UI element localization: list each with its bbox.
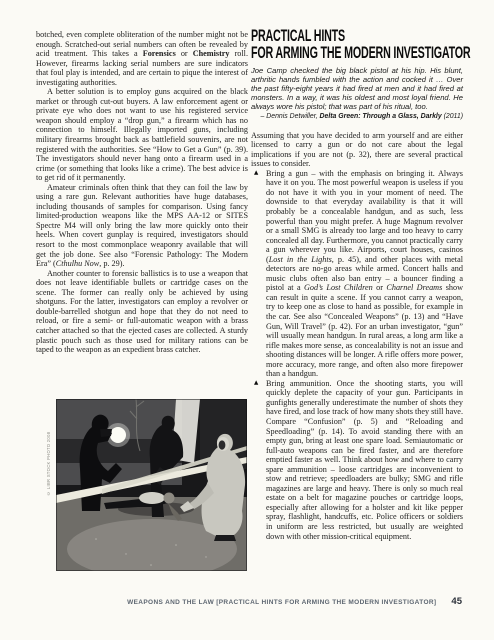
bullet-item: ▲Bring ammunition. Once the shooting sta… xyxy=(251,379,463,541)
text-segment: , p. 29). xyxy=(99,259,124,268)
text-segment: Bring ammunition. Once the shooting star… xyxy=(266,379,463,541)
attribution-work-title: Delta Green: Through a Glass, Darkly xyxy=(320,113,442,120)
body-paragraph: botched, even complete obliteration of t… xyxy=(36,30,248,87)
triangle-bullet-icon: ▲ xyxy=(251,379,266,541)
text-segment: Bring a gun – with the emphasis on bring… xyxy=(266,169,463,264)
crime-scene-photo xyxy=(56,399,247,571)
footer-breadcrumb: WEAPONS AND THE LAW [PRACTICAL HINTS FOR… xyxy=(127,599,436,606)
page-footer: WEAPONS AND THE LAW [PRACTICAL HINTS FOR… xyxy=(36,596,462,607)
book-page: botched, even complete obliteration of t… xyxy=(0,0,494,640)
text-segment: or xyxy=(373,283,387,292)
crime-scene-photo-illustration xyxy=(56,399,247,571)
footer-section-label: WEAPONS AND THE LAW xyxy=(127,599,214,606)
text-segment: show can result in quite a scene. If you… xyxy=(266,283,463,378)
intro-paragraph: Assuming that you have decided to arm yo… xyxy=(251,131,463,169)
body-paragraph: A better solution is to employ guns acqu… xyxy=(36,87,248,182)
text-segment: Charnel Dreams xyxy=(386,283,442,292)
bullet-text: Bring a gun – with the emphasis on bring… xyxy=(266,169,463,379)
quote-attribution: – Dennis Detwiller, Delta Green: Through… xyxy=(251,112,463,121)
triangle-bullet-icon: ▲ xyxy=(251,169,266,379)
right-column: PRACTICAL HINTS FOR ARMING THE MODERN IN… xyxy=(251,28,463,541)
text-segment: Chemistry xyxy=(193,49,230,58)
text-segment: Lost in the Lights xyxy=(269,255,332,264)
attribution-author: – Dennis Detwiller, xyxy=(261,113,320,120)
bullet-text: Bring ammunition. Once the shooting star… xyxy=(266,379,463,541)
text-segment: Another counter to forensic ballistics i… xyxy=(36,269,248,354)
photo-credit: © LIBR STOCK PHOTO 2008 xyxy=(46,400,51,496)
page-number: 45 xyxy=(451,596,462,607)
article-title-line2: FOR ARMING THE MODERN INVESTIGATOR xyxy=(251,45,385,62)
footer-article-label: [PRACTICAL HINTS FOR ARMING THE MODERN I… xyxy=(216,599,436,606)
body-paragraph: Another counter to forensic ballistics i… xyxy=(36,269,248,355)
left-column: botched, even complete obliteration of t… xyxy=(36,30,248,355)
body-paragraph: Amateur criminals often think that they … xyxy=(36,183,248,269)
text-segment: A better solution is to employ guns acqu… xyxy=(36,87,248,182)
bullet-list: ▲Bring a gun – with the emphasis on brin… xyxy=(251,169,463,541)
text-segment: Cthulhu Now xyxy=(56,259,99,268)
text-segment: Amateur criminals often think that they … xyxy=(36,183,248,268)
text-segment: Forensics xyxy=(143,49,176,58)
epigraph-quote: Joe Camp checked the big black pistol at… xyxy=(251,66,463,111)
bullet-item: ▲Bring a gun – with the emphasis on brin… xyxy=(251,169,463,379)
text-segment: God’s Lost Children xyxy=(304,283,373,292)
text-segment: or xyxy=(176,49,193,58)
attribution-year: (2011) xyxy=(442,113,463,120)
text-segment: Assuming that you have decided to arm yo… xyxy=(251,131,463,169)
